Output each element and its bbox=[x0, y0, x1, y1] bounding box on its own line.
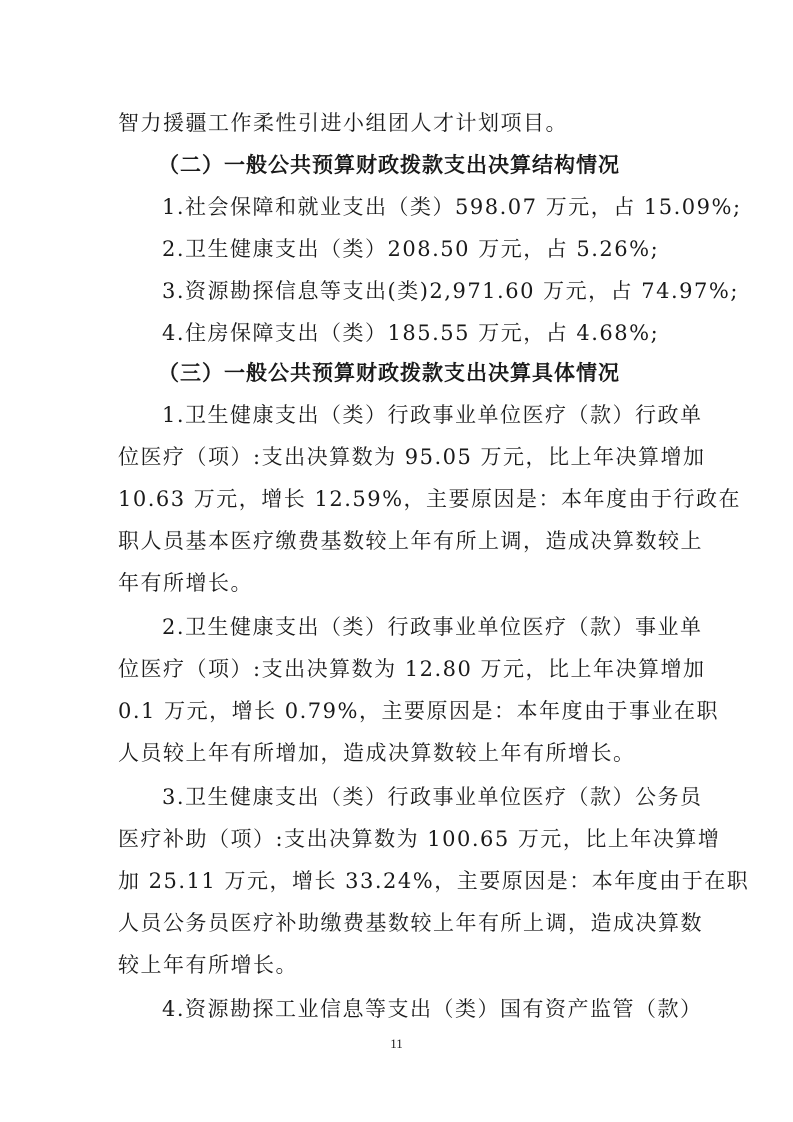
paragraph-line: 4.资源勘探工业信息等支出（类）国有资产监管（款） bbox=[162, 994, 722, 1024]
document-page: 智力援疆工作柔性引进小组团人才计划项目。 （二）一般公共预算财政拨款支出决算结构… bbox=[0, 0, 793, 1122]
paragraph-line: 智力援疆工作柔性引进小组团人才计划项目。 bbox=[118, 108, 678, 138]
paragraph-line: 较上年有所增长。 bbox=[118, 950, 678, 980]
paragraph-line: 医疗补助（项）:支出决算数为 100.65 万元，比上年决算增 bbox=[118, 824, 678, 854]
paragraph-line: 2.卫生健康支出（类）行政事业单位医疗（款）事业单 bbox=[162, 612, 722, 642]
paragraph-line: 人员较上年有所增加，造成决算数较上年有所增长。 bbox=[118, 738, 678, 768]
paragraph-line: 10.63 万元，增长 12.59%，主要原因是：本年度由于行政在 bbox=[118, 484, 678, 514]
list-item-health: 2.卫生健康支出（类）208.50 万元，占 5.26%; bbox=[162, 234, 722, 264]
paragraph-line: 位医疗（项）:支出决算数为 95.05 万元，比上年决算增加 bbox=[118, 442, 678, 472]
paragraph-line: 1.卫生健康支出（类）行政事业单位医疗（款）行政单 bbox=[162, 400, 722, 430]
paragraph-line: 3.卫生健康支出（类）行政事业单位医疗（款）公务员 bbox=[162, 782, 722, 812]
paragraph-line: 加 25.11 万元，增长 33.24%，主要原因是：本年度由于在职 bbox=[118, 866, 678, 896]
paragraph-line: 0.1 万元，增长 0.79%，主要原因是：本年度由于事业在职 bbox=[118, 696, 678, 726]
list-item-resources: 3.资源勘探信息等支出(类)2,971.60 万元，占 74.97%; bbox=[162, 276, 722, 306]
paragraph-line: 年有所增长。 bbox=[118, 568, 678, 598]
paragraph-line: 位医疗（项）:支出决算数为 12.80 万元，比上年决算增加 bbox=[118, 654, 678, 684]
list-item-housing: 4.住房保障支出（类）185.55 万元，占 4.68%; bbox=[162, 318, 722, 348]
section-heading-details: （三）一般公共预算财政拨款支出决算具体情况 bbox=[158, 358, 718, 388]
list-item-social-security: 1.社会保障和就业支出（类）598.07 万元，占 15.09%; bbox=[162, 192, 722, 222]
section-heading-structure: （二）一般公共预算财政拨款支出决算结构情况 bbox=[158, 150, 718, 180]
page-number: 11 bbox=[0, 1036, 793, 1052]
paragraph-line: 人员公务员医疗补助缴费基数较上年有所上调，造成决算数 bbox=[118, 908, 678, 938]
paragraph-line: 职人员基本医疗缴费基数较上年有所上调，造成决算数较上 bbox=[118, 526, 678, 556]
